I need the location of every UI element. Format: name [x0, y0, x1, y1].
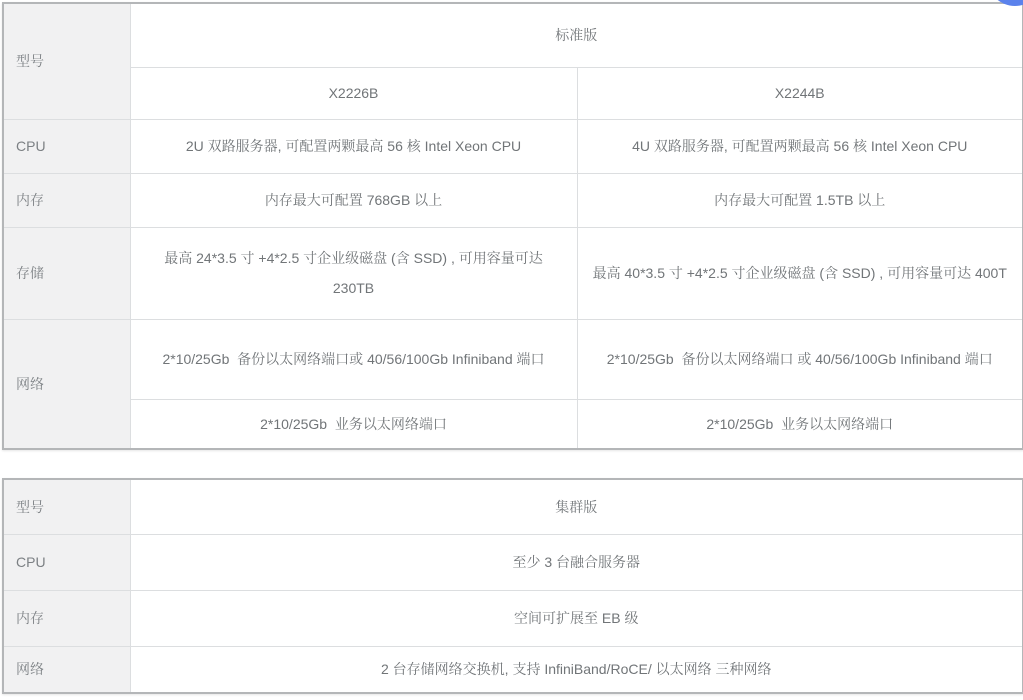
cell-network-backup-x2226b: 2*10/25Gb 备份以太网络端口或 40/56/100Gb Infiniba… — [130, 319, 577, 399]
cell-network-business-x2226b: 2*10/25Gb 业务以太网络端口 — [130, 399, 577, 449]
cell-network-business-x2244b: 2*10/25Gb 业务以太网络端口 — [577, 399, 1023, 449]
cluster-edition-table: 型号 集群版 CPU 至少 3 台融合服务器 内存 空间可扩展至 EB 级 网络… — [2, 478, 1023, 694]
cell-model-x2244b: X2244B — [577, 67, 1023, 119]
cell-memory-x2226b: 内存最大可配置 768GB 以上 — [130, 173, 577, 227]
cell-edition-cluster: 集群版 — [130, 479, 1023, 534]
cell-storage-x2226b: 最高 24*3.5 寸 +4*2.5 寸企业级磁盘 (含 SSD) , 可用容量… — [130, 227, 577, 319]
cell-cluster-memory: 空间可扩展至 EB 级 — [130, 590, 1023, 646]
cell-storage-x2244b: 最高 40*3.5 寸 +4*2.5 寸企业级磁盘 (含 SSD) , 可用容量… — [577, 227, 1023, 319]
row-header-cpu: CPU — [3, 119, 130, 173]
cell-memory-x2244b: 内存最大可配置 1.5TB 以上 — [577, 173, 1023, 227]
cell-cluster-network: 2 台存储网络交换机, 支持 InfiniBand/RoCE/ 以太网络 三种网… — [130, 646, 1023, 693]
standard-edition-table: 型号 标准版 X2226B X2244B CPU 2U 双路服务器, 可配置两颗… — [2, 2, 1023, 450]
row-header-memory: 内存 — [3, 173, 130, 227]
page: 型号 标准版 X2226B X2244B CPU 2U 双路服务器, 可配置两颗… — [0, 0, 1023, 694]
cell-cluster-cpu: 至少 3 台融合服务器 — [130, 534, 1023, 590]
row-header-model: 型号 — [3, 3, 130, 119]
cell-cpu-x2226b: 2U 双路服务器, 可配置两颗最高 56 核 Intel Xeon CPU — [130, 119, 577, 173]
cell-network-backup-x2244b: 2*10/25Gb 备份以太网络端口 或 40/56/100Gb Infinib… — [577, 319, 1023, 399]
row-header-network: 网络 — [3, 319, 130, 449]
row-header-storage: 存储 — [3, 227, 130, 319]
row-header-network: 网络 — [3, 646, 130, 693]
row-header-cpu: CPU — [3, 534, 130, 590]
cell-model-x2226b: X2226B — [130, 67, 577, 119]
cell-edition-standard: 标准版 — [130, 3, 1023, 67]
row-header-memory: 内存 — [3, 590, 130, 646]
row-header-model: 型号 — [3, 479, 130, 534]
cell-cpu-x2244b: 4U 双路服务器, 可配置两颗最高 56 核 Intel Xeon CPU — [577, 119, 1023, 173]
